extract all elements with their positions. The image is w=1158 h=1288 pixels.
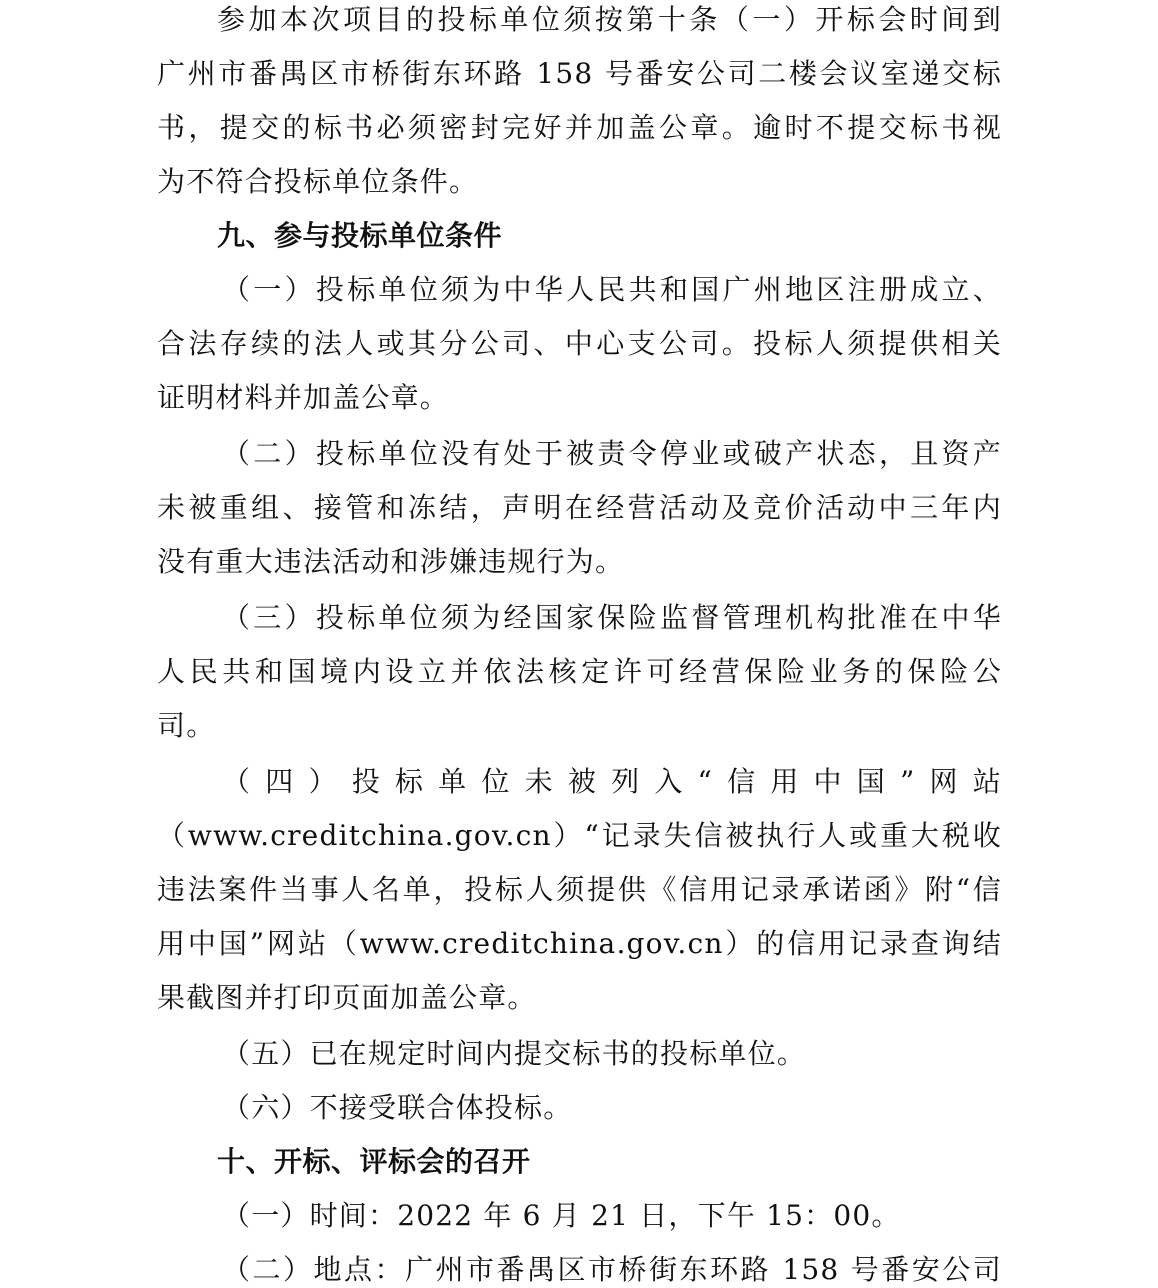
document-page: 参加本次项目的投标单位须按第十条（一）开标会时间到 广州市番禺区市桥街东环路 1… bbox=[0, 0, 1158, 1288]
clause-1-line-1: （一）投标单位须为中华人民共和国广州地区注册成立、 bbox=[222, 270, 1002, 310]
clause-6: （六）不接受联合体投标。 bbox=[222, 1088, 1002, 1128]
intro-paragraph-line-4: 为不符合投标单位条件。 bbox=[157, 162, 1002, 202]
clause-3-line-1: （三）投标单位须为经国家保险监督管理机构批准在中华 bbox=[222, 598, 1002, 638]
clause-2-line-1: （二）投标单位没有处于被责令停业或破产状态，且资产 bbox=[222, 434, 1002, 474]
section-heading-10: 十、开标、评标会的召开 bbox=[217, 1142, 1062, 1182]
clause-1-line-3: 证明材料并加盖公章。 bbox=[157, 378, 1002, 418]
clause-4-line-4: 用中国”网站（www.creditchina.gov.cn）的信用记录查询结 bbox=[157, 924, 1002, 964]
intro-paragraph-line-3: 书，提交的标书必须密封完好并加盖公章。逾时不提交标书视 bbox=[157, 108, 1002, 148]
meeting-location: （二）地点：广州市番禺区市桥街东环路 158 号番安公司 bbox=[222, 1250, 1002, 1288]
clause-5: （五）已在规定时间内提交标书的投标单位。 bbox=[222, 1034, 1002, 1074]
clause-1-line-2: 合法存续的法人或其分公司、中心支公司。投标人须提供相关 bbox=[157, 324, 1002, 364]
clause-4-line-5: 果截图并打印页面加盖公章。 bbox=[157, 978, 1002, 1018]
clause-3-line-2: 人民共和国境内设立并依法核定许可经营保险业务的保险公 bbox=[157, 652, 1002, 692]
intro-paragraph-line-1: 参加本次项目的投标单位须按第十条（一）开标会时间到 bbox=[217, 0, 1002, 40]
intro-paragraph-line-2: 广州市番禺区市桥街东环路 158 号番安公司二楼会议室递交标 bbox=[157, 54, 1002, 94]
clause-2-line-2: 未被重组、接管和冻结，声明在经营活动及竞价活动中三年内 bbox=[157, 488, 1002, 528]
section-heading-9: 九、参与投标单位条件 bbox=[217, 216, 1062, 256]
meeting-time: （一）时间：2022 年 6 月 21 日，下午 15：00。 bbox=[222, 1196, 1002, 1236]
clause-4-line-1: （四）投标单位未被列入“信用中国”网站 bbox=[222, 762, 1002, 802]
clause-2-line-3: 没有重大违法活动和涉嫌违规行为。 bbox=[157, 542, 1002, 582]
clause-3-line-3: 司。 bbox=[157, 706, 1002, 746]
clause-4-line-2: （www.creditchina.gov.cn）“记录失信被执行人或重大税收 bbox=[157, 816, 1002, 856]
clause-4-line-3: 违法案件当事人名单，投标人须提供《信用记录承诺函》附“信 bbox=[157, 870, 1002, 910]
